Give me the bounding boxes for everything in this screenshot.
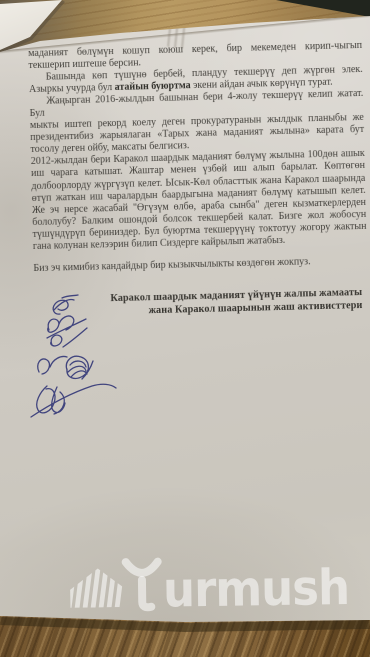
document-photo: маданият бөлүмүн кошуп коюш керек, бир м… <box>0 0 370 657</box>
document-body: маданият бөлүмүн кошуп коюш керек, бир м… <box>28 40 367 275</box>
signature-ink <box>16 293 146 433</box>
stylized-t-icon <box>126 562 159 608</box>
text-line: Биз эч кимибиз кандайдыр бир кызыкчылыкт… <box>33 255 367 275</box>
signature-1 <box>53 295 78 314</box>
letter-text: маданият бөлүмүн кошуп коюш керек, бир м… <box>28 40 369 321</box>
house-icon <box>66 563 126 612</box>
signature-3 <box>38 356 93 379</box>
signatures-area <box>16 293 146 433</box>
signature-2 <box>47 316 87 347</box>
watermark-text: urmush <box>163 560 349 618</box>
signature-4 <box>31 384 116 417</box>
turmush-watermark: urmush <box>58 550 349 618</box>
letter-page: маданият бөлүмүн кошуп коюш керек, бир м… <box>0 0 370 657</box>
